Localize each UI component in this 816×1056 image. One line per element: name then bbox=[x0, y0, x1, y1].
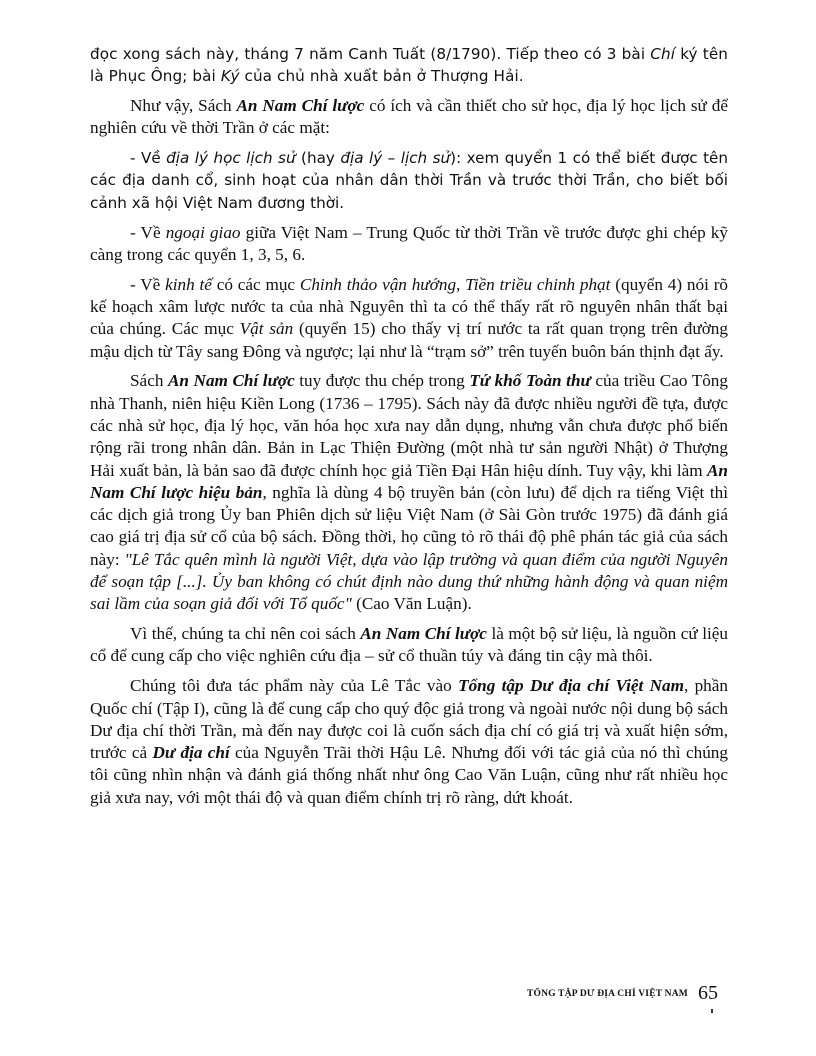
text: của chủ nhà xuất bản ở Thượng Hải. bbox=[240, 67, 524, 85]
text: - Về bbox=[130, 223, 166, 242]
paragraph-1: đọc xong sách này, tháng 7 năm Canh Tuất… bbox=[90, 43, 728, 88]
text: Như vậy, Sách bbox=[130, 96, 236, 115]
italic-text: ngoại giao bbox=[166, 223, 241, 242]
italic-text: Ký bbox=[221, 67, 240, 85]
text: (hay bbox=[296, 149, 341, 167]
italic-text: Chinh thảo vận hướng bbox=[300, 275, 456, 294]
book-title: Tứ khố Toàn thư bbox=[469, 371, 590, 390]
running-title: TỔNG TẬP DƯ ĐỊA CHÍ VIỆT NAM bbox=[527, 989, 688, 1003]
paragraph-7: Vì thế, chúng ta chỉ nên coi sách An Nam… bbox=[90, 623, 728, 668]
paragraph-2: Như vậy, Sách An Nam Chí lược có ích và … bbox=[90, 95, 728, 140]
paragraph-3: - Về địa lý học lịch sử (hay địa lý – lị… bbox=[90, 147, 728, 214]
italic-text: Vật sản bbox=[240, 319, 294, 338]
book-title: Dư địa chí bbox=[152, 743, 229, 762]
paragraph-6: Sách An Nam Chí lược tuy được thu chép t… bbox=[90, 370, 728, 615]
paragraph-8: Chúng tôi đưa tác phẩm này của Lê Tắc và… bbox=[90, 675, 728, 809]
text: có các mục bbox=[212, 275, 300, 294]
italic-text: Chí bbox=[650, 45, 675, 63]
italic-text: địa lý – lịch sử bbox=[340, 149, 450, 167]
italic-text: kinh tế bbox=[165, 275, 212, 294]
text: - Về bbox=[130, 275, 165, 294]
text: (Cao Văn Luận). bbox=[352, 594, 472, 613]
italic-text: Tiền triều chinh phạt bbox=[465, 275, 610, 294]
footer-mark bbox=[711, 1009, 713, 1013]
text: đọc xong sách này, tháng 7 năm Canh Tuất… bbox=[90, 45, 650, 63]
book-title: An Nam Chí lược bbox=[360, 624, 487, 643]
text: Sách bbox=[130, 371, 168, 390]
text: tuy được thu chép trong bbox=[295, 371, 470, 390]
text: Vì thế, chúng ta chỉ nên coi sách bbox=[130, 624, 360, 643]
italic-text: địa lý học lịch sử bbox=[166, 149, 295, 167]
paragraph-4: - Về ngoại giao giữa Việt Nam – Trung Qu… bbox=[90, 222, 728, 267]
text: - Về bbox=[130, 149, 166, 167]
paragraph-5: - Về kinh tế có các mục Chinh thảo vận h… bbox=[90, 274, 728, 363]
page-footer: TỔNG TẬP DƯ ĐỊA CHÍ VIỆT NAM 65 bbox=[527, 983, 718, 1003]
text: , bbox=[456, 275, 465, 294]
text: Chúng tôi đưa tác phẩm này của Lê Tắc và… bbox=[130, 676, 458, 695]
page-body: đọc xong sách này, tháng 7 năm Canh Tuất… bbox=[90, 43, 728, 817]
book-title: An Nam Chí lược bbox=[168, 371, 295, 390]
book-title: Tổng tập Dư địa chí Việt Nam bbox=[458, 676, 684, 695]
book-title: An Nam Chí lược bbox=[236, 96, 364, 115]
page-number: 65 bbox=[698, 983, 718, 1003]
